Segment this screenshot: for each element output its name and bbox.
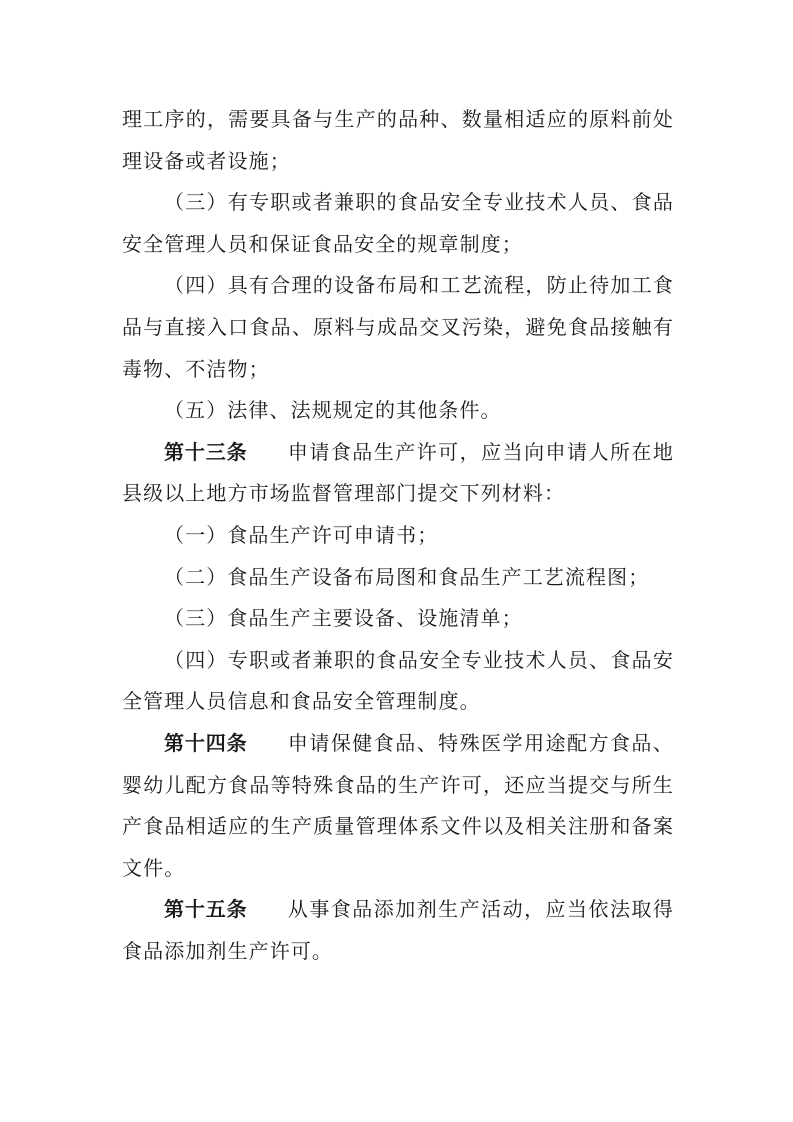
paragraph-text: （四）具有合理的设备布局和工艺流程，防止待加工食品与直接入口食品、原料与成品交叉… (122, 273, 674, 380)
list-item-4-equipment-layout: （四）具有合理的设备布局和工艺流程，防止待加工食品与直接入口食品、原料与成品交叉… (122, 265, 674, 390)
list-item-4-staff-info: （四）专职或者兼职的食品安全专业技术人员、食品安全管理人员信息和食品安全管理制度… (122, 640, 674, 723)
list-item-5-other-conditions: （五）法律、法规规定的其他条件。 (122, 390, 674, 432)
list-item-3-equipment-list: （三）食品生产主要设备、设施清单； (122, 598, 674, 640)
paragraph-text: （一）食品生产许可申请书； (164, 523, 438, 547)
paragraph-text: 理工序的，需要具备与生产的品种、数量相适应的原料前处理设备或者设施； (122, 107, 674, 173)
paragraph-text: （五）法律、法规规定的其他条件。 (164, 398, 502, 422)
paragraph-text: （四）专职或者兼职的食品安全专业技术人员、食品安全管理人员信息和食品安全管理制度… (122, 648, 674, 714)
list-item-1-application-form: （一）食品生产许可申请书； (122, 515, 674, 557)
article-heading: 第十五条 (164, 897, 248, 921)
article-heading: 第十三条 (164, 440, 248, 464)
paragraph-text: （三）有专职或者兼职的食品安全专业技术人员、食品安全管理人员和保证食品安全的规章… (122, 190, 674, 256)
list-item-2-layout-diagram: （二）食品生产设备布局图和食品生产工艺流程图； (122, 557, 674, 599)
paragraph-text: （二）食品生产设备布局图和食品生产工艺流程图； (164, 565, 649, 589)
article-15: 第十五条从事食品添加剂生产活动，应当依法取得食品添加剂生产许可。 (122, 889, 674, 972)
paragraph-continuation: 理工序的，需要具备与生产的品种、数量相适应的原料前处理设备或者设施； (122, 99, 674, 182)
paragraph-text: （三）食品生产主要设备、设施清单； (164, 606, 523, 630)
article-heading: 第十四条 (164, 731, 248, 755)
list-item-3-professional-staff: （三）有专职或者兼职的食品安全专业技术人员、食品安全管理人员和保证食品安全的规章… (122, 182, 674, 265)
article-13: 第十三条申请食品生产许可，应当向申请人所在地县级以上地方市场监督管理部门提交下列… (122, 432, 674, 515)
document-page: 理工序的，需要具备与生产的品种、数量相适应的原料前处理设备或者设施； （三）有专… (122, 99, 674, 972)
article-14: 第十四条申请保健食品、特殊医学用途配方食品、婴幼儿配方食品等特殊食品的生产许可，… (122, 723, 674, 889)
